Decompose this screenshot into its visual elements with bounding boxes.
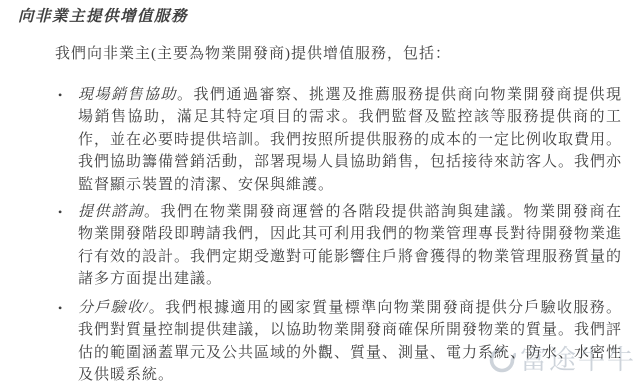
bullet-lead: 分戶驗收/ bbox=[78, 300, 148, 316]
bullet-paragraph: 分戶驗收/。我們根據適用的國家質量標準向物業開發商提供分戶驗收服務。我們對質量控… bbox=[78, 297, 622, 387]
bullet-icon: • bbox=[58, 84, 78, 106]
bullet-text: 。我們在物業開發商運營的各階段提供諮詢與建議。物業開發商在物業開發階段即聘請我們… bbox=[78, 204, 622, 287]
bullet-lead: 提供諮詢 bbox=[78, 204, 144, 220]
bullet-text: 。我們根據適用的國家質量標準向物業開發商提供分戶驗收服務。我們對質量控制提供建議… bbox=[78, 300, 622, 383]
bullet-item-unit-inspection: • 分戶驗收/。我們根據適用的國家質量標準向物業開發商提供分戶驗收服務。我們對質… bbox=[58, 297, 622, 387]
bullet-icon: • bbox=[58, 297, 78, 319]
bullet-item-onsite-sales: • 現場銷售協助。我們通過審察、挑選及推薦服務提供商向物業開發商提供現場銷售協助… bbox=[58, 84, 622, 196]
document-page: 富途牛牛 向非業主提供增值服務 我們向非業主(主要為物業開發商)提供增值服務，包… bbox=[0, 0, 640, 387]
section-heading: 向非業主提供增值服務 bbox=[18, 6, 188, 28]
document-content: 向非業主提供增值服務 我們向非業主(主要為物業開發商)提供增值服務，包括： • … bbox=[0, 0, 640, 387]
bullet-paragraph: 提供諮詢。我們在物業開發商運營的各階段提供諮詢與建議。物業開發商在物業開發階段即… bbox=[78, 201, 622, 291]
bullet-lead: 現場銷售協助 bbox=[78, 87, 177, 103]
bullet-item-consulting: • 提供諮詢。我們在物業開發商運營的各階段提供諮詢與建議。物業開發商在物業開發階… bbox=[58, 201, 622, 291]
intro-paragraph: 我們向非業主(主要為物業開發商)提供增值服務，包括： bbox=[55, 43, 451, 65]
bullet-icon: • bbox=[58, 201, 78, 223]
bullet-paragraph: 現場銷售協助。我們通過審察、挑選及推薦服務提供商向物業開發商提供現場銷售協助，滿… bbox=[78, 84, 622, 196]
